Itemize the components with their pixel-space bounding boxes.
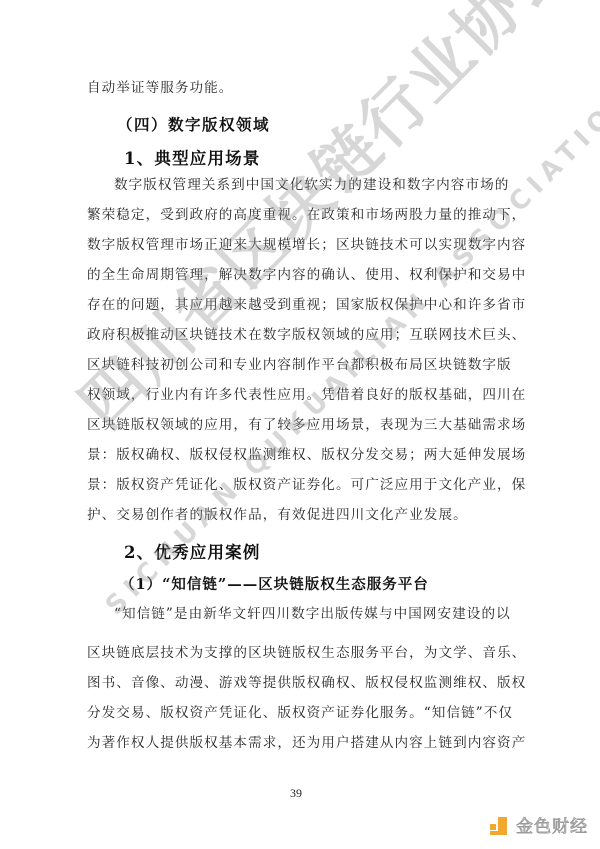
- subsection-heading-2: 2、优秀应用案例: [124, 539, 261, 563]
- paragraph-line: 繁荣稳定，受到政府的高度重视。在政策和市场两股力量的推动下，: [87, 206, 515, 224]
- paragraph-line: 区块链版权领域的应用，有了较多应用场景，表现为三大基础需求场: [87, 416, 515, 434]
- paragraph-line: 护、交易创作者的版权作品，有效促进四川文化产业发展。: [87, 506, 515, 524]
- paragraph-line: 景：版权资产凭证化、版权资产证券化。可广泛应用于文化产业，保: [87, 476, 515, 494]
- paragraph-line: “知信链”是由新华文轩四川数字出版传媒与中国网安建设的以: [114, 605, 542, 623]
- jinse-logo: 金色财经: [490, 812, 588, 837]
- section-heading: （四）数字版权领域: [117, 113, 270, 135]
- paragraph-line: 景：版权确权、版权侵权监测维权、版权分发交易；两大延伸发展场: [87, 446, 515, 464]
- paragraph-line: 政府积极推动区块链技术在数字版权领域的应用；互联网技术巨头、: [87, 326, 515, 344]
- paragraph-line: 区块链科技初创公司和专业内容制作平台都积极布局区块链数字版: [87, 356, 515, 374]
- logo-text: 金色财经: [516, 812, 588, 837]
- document-page: 自动举证等服务功能。 （四）数字版权领域 1、典型应用场景 数字版权管理关系到中…: [0, 0, 600, 849]
- paragraph-line: 存在的问题，其应用越来越受到重视；国家版权保护中心和许多省市: [87, 296, 515, 314]
- page-number: 39: [290, 786, 302, 801]
- paragraph-line: 为著作权人提供版权基本需求，还为用户搭建从内容上链到内容资产: [87, 734, 515, 752]
- subsection-heading-1: 1、典型应用场景: [124, 145, 261, 169]
- paragraph-line: 的全生命周期管理，解决数字内容的确认、使用、权利保护和交易中: [87, 266, 515, 284]
- paragraph-line: 数字版权管理市场正迎来大规模增长；区块链技术可以实现数字内容: [87, 236, 515, 254]
- paragraph-line: 分发交易、版权资产凭证化、版权资产证券化服务。“知信链”不仅: [87, 704, 515, 722]
- paragraph-line: 数字版权管理关系到中国文化软实力的建设和数字内容市场的: [114, 176, 542, 194]
- case-heading-1: （1）“知信链”——区块链版权生态服务平台: [120, 573, 429, 594]
- jinse-logo-icon: [490, 815, 510, 835]
- continuation-line: 自动举证等服务功能。: [87, 79, 515, 97]
- paragraph-line: 权领域，行业内有许多代表性应用。凭借着良好的版权基础，四川在: [87, 386, 515, 404]
- paragraph-line: 区块链底层技术为支撑的区块链版权生态服务平台，为文学、音乐、: [87, 644, 515, 662]
- paragraph-line: 图书、音像、动漫、游戏等提供版权确权、版权侵权监测维权、版权: [87, 674, 515, 692]
